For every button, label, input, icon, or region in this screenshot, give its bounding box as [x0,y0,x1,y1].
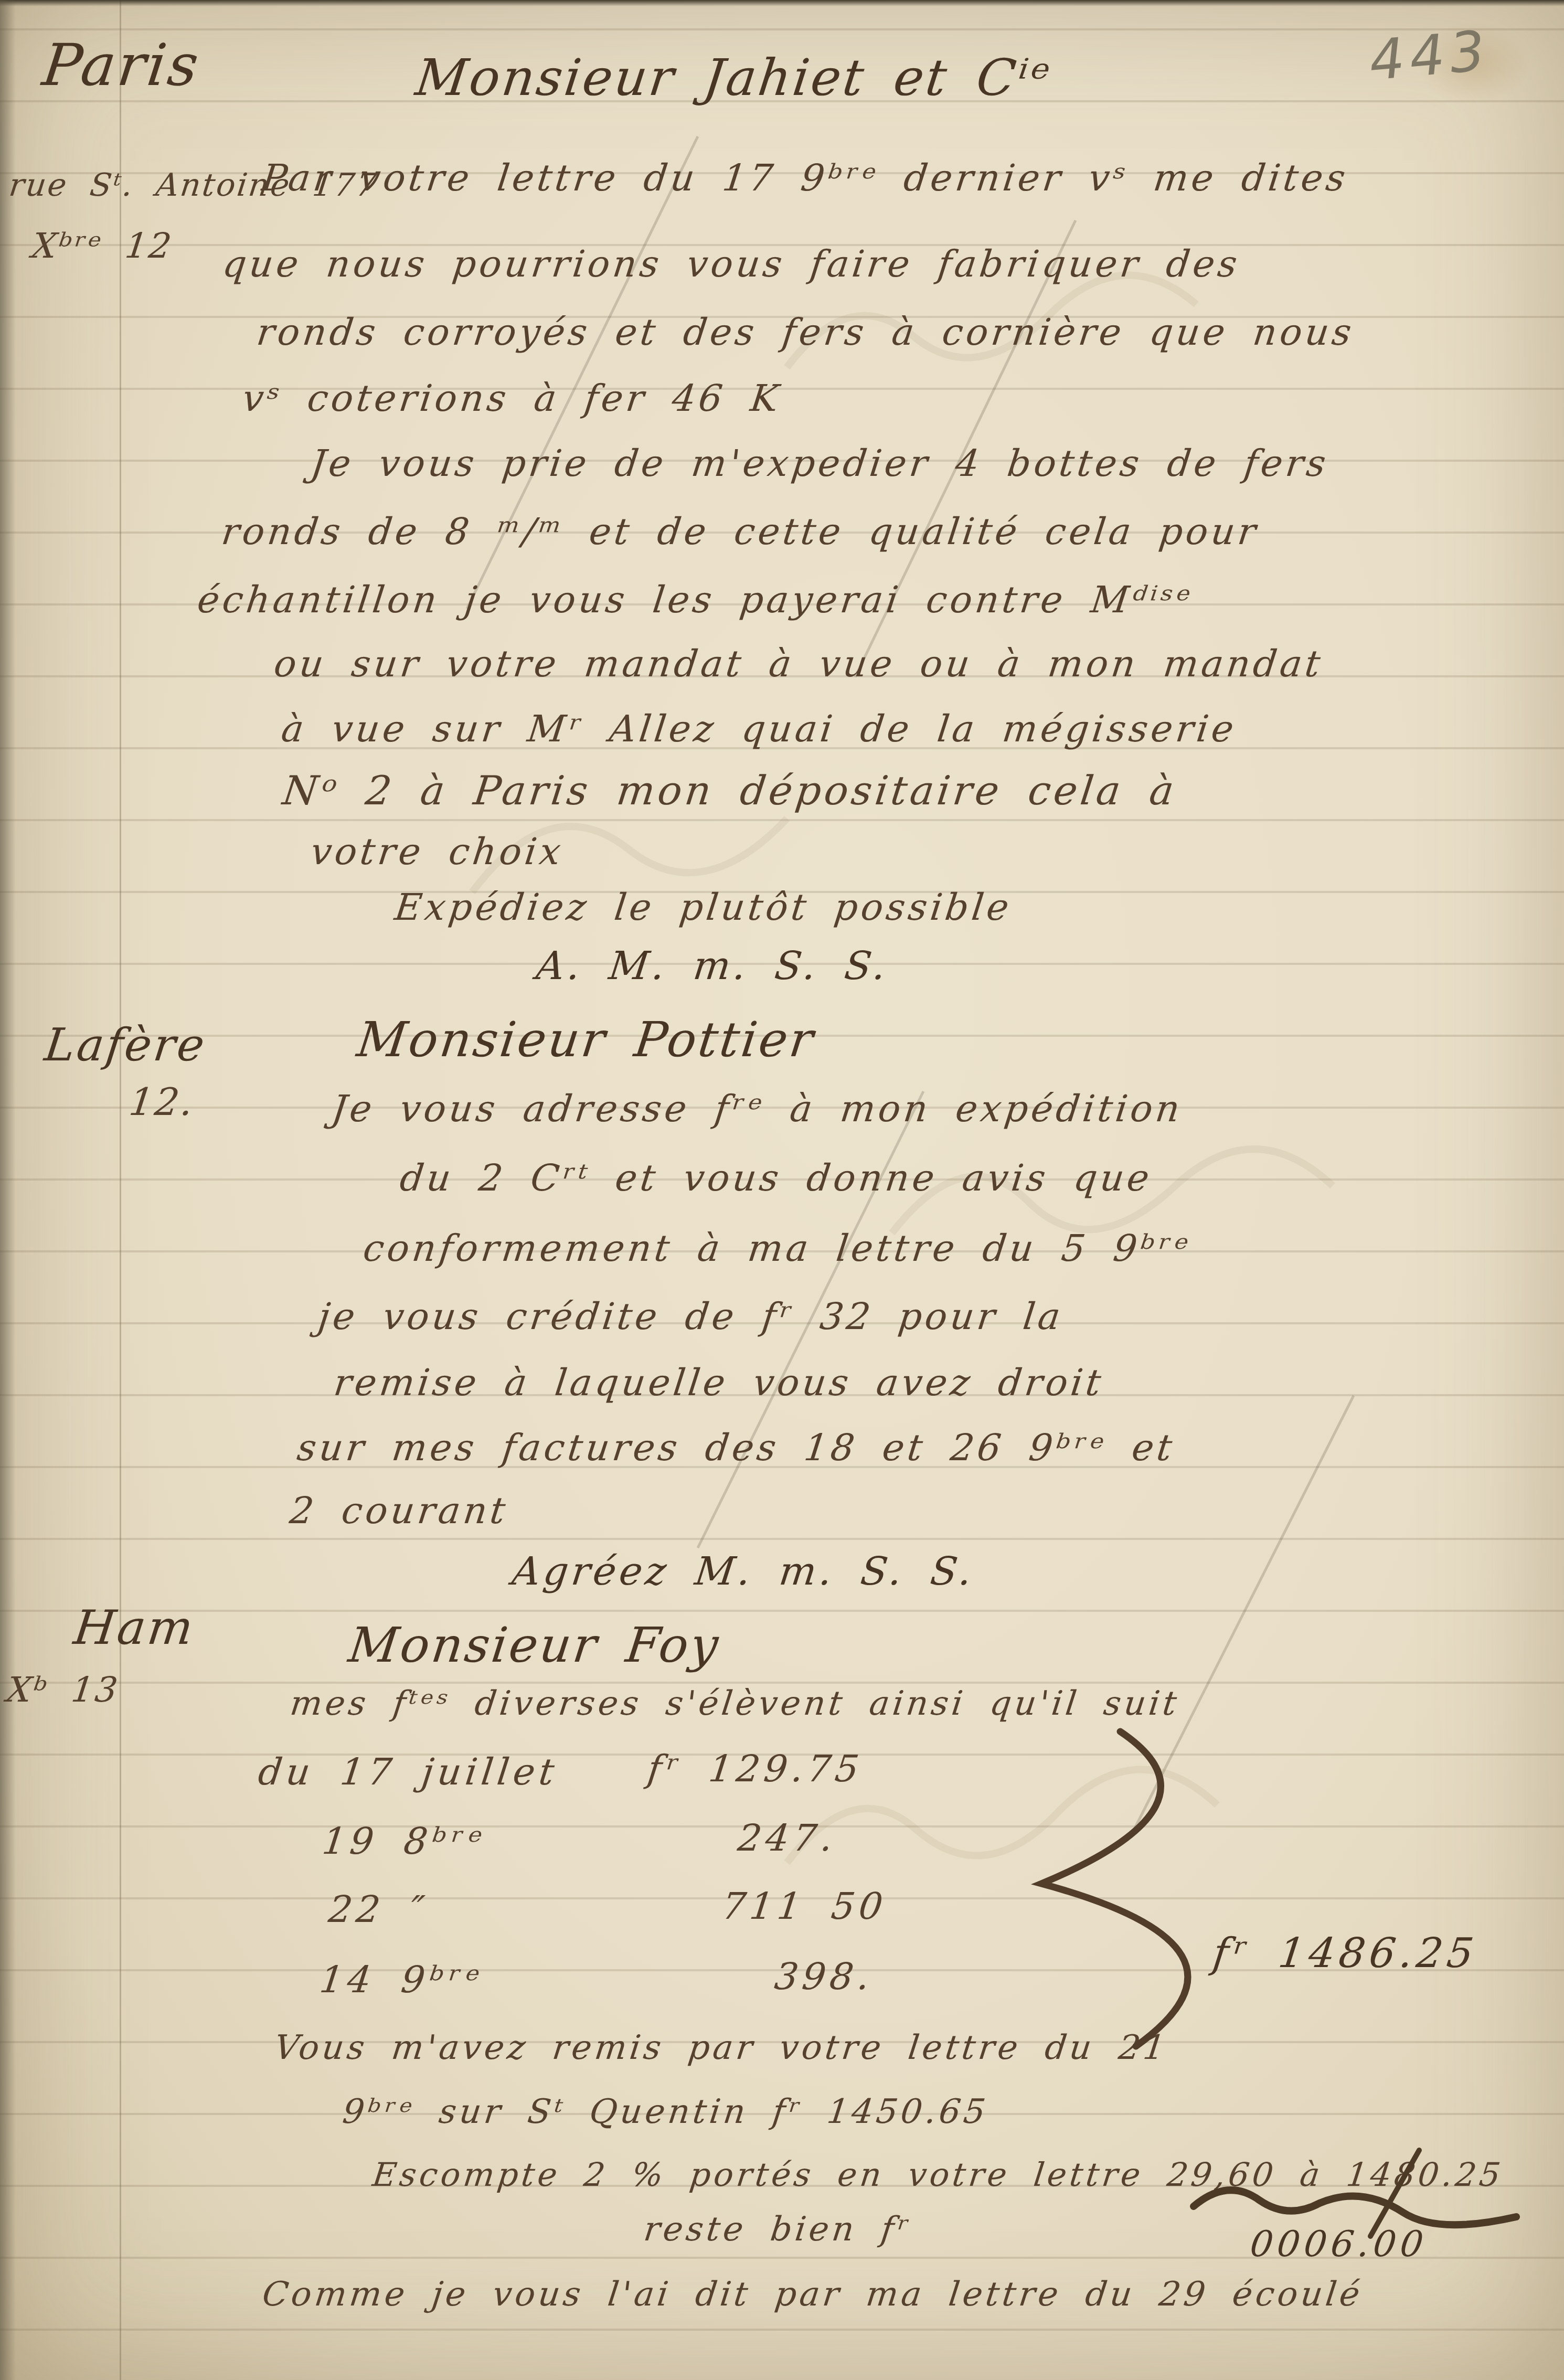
ledger-page: 443 Paris rue Sᵗ. Antoine 177 Xᵇʳᵉ 12 La… [0,0,1564,2380]
total-flourish-icon [1194,2190,1516,2225]
ink-flourishes [0,0,1564,2380]
account-brace-icon [1041,1731,1188,2046]
descender-stroke-icon [1370,2150,1419,2236]
